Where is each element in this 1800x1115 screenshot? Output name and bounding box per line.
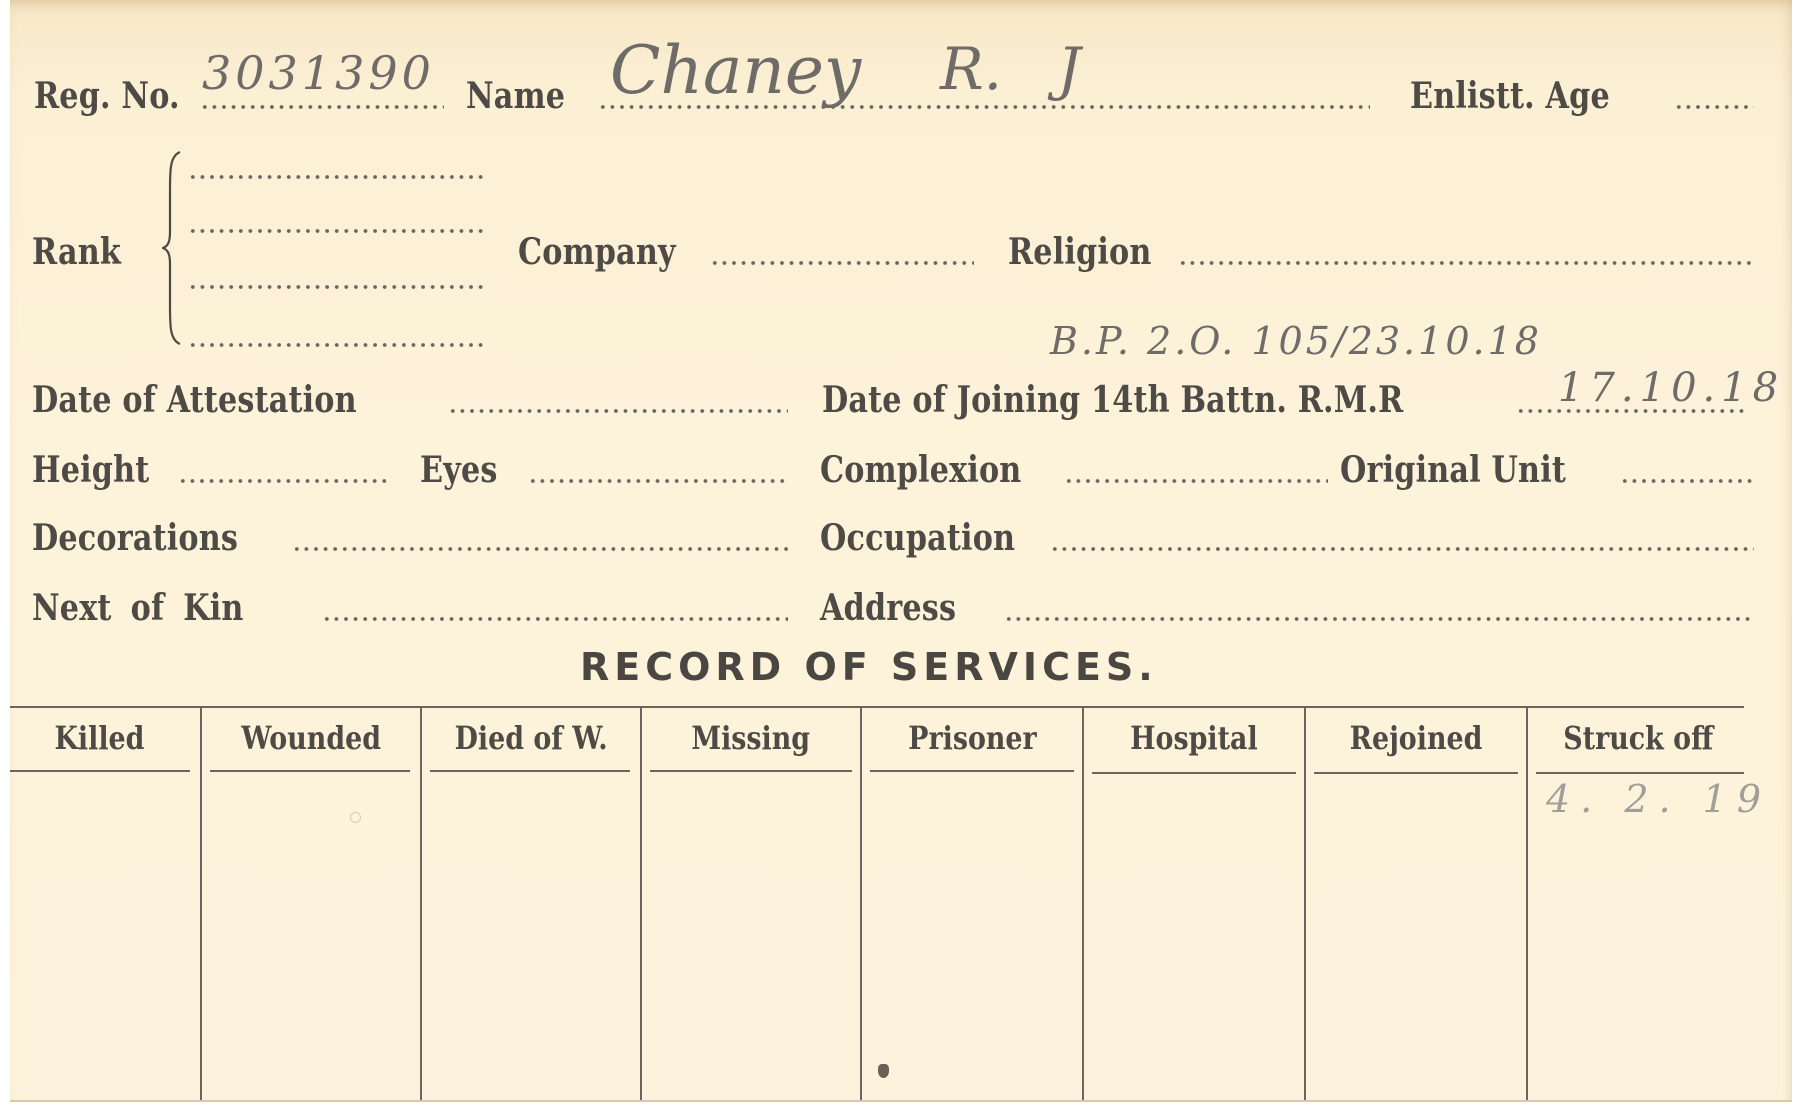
cell-died-of-wounds[interactable] [422,780,640,1100]
complexion-label: Complexion [820,452,1021,488]
header-underline [1314,772,1518,774]
cell-rejoined[interactable] [1306,780,1526,1100]
column-header-hospital: Hospital [1084,718,1304,758]
column-header-killed: Killed [10,718,190,758]
date-of-joining-value[interactable]: 17.10.18 [1558,368,1784,408]
column-header-rejoined: Rejoined [1306,718,1526,758]
cell-hospital[interactable] [1084,780,1304,1100]
rank-brace-icon [162,150,182,346]
reg-no-label: Reg. No. [34,78,180,114]
company-label: Company [518,234,676,270]
company-dotted-line[interactable] [710,260,974,266]
cell-missing[interactable] [642,780,860,1100]
rank-line-1[interactable] [188,174,484,180]
eyes-dotted-line[interactable] [528,478,788,484]
cell-prisoner[interactable] [862,780,1082,1100]
height-label: Height [32,452,149,488]
decorations-label: Decorations [32,520,238,556]
date-of-attestation-label: Date of Attestation [32,382,357,418]
name-surname-value[interactable]: Chaney [610,38,861,104]
religion-label: Religion [1008,234,1151,270]
header-underline [430,770,630,772]
handwritten-annotation: B.P. 2.O. 105/23.10.18 [1050,322,1542,360]
service-record-card: Reg. No. 3031390 Name Chaney R. J Enlist… [10,0,1792,1102]
next-of-kin-dotted-line[interactable] [322,616,788,622]
decorations-dotted-line[interactable] [292,546,788,552]
header-underline [1536,772,1744,774]
header-underline [1092,772,1296,774]
eyes-label: Eyes [420,452,498,488]
enlistment-age-label: Enlistt. Age [1410,78,1610,114]
next-of-kin-label: Next of Kin [32,590,244,626]
original-unit-dotted-line[interactable] [1620,478,1754,484]
column-header-wounded: Wounded [202,718,420,758]
column-header-prisoner: Prisoner [862,718,1082,758]
header-underline [870,770,1074,772]
cell-wounded[interactable] [202,780,420,1100]
ink-spot [878,1064,889,1078]
cell-struck-off[interactable]: 4. 2. 19 [1528,780,1748,1100]
original-unit-label: Original Unit [1340,452,1566,488]
date-of-joining-label: Date of Joining 14th Battn. R.M.R [822,382,1403,418]
complexion-dotted-line[interactable] [1064,478,1328,484]
rank-line-2[interactable] [188,228,484,234]
address-dotted-line[interactable] [1004,616,1754,622]
enlistment-age-dotted-line [1674,104,1754,110]
name-label: Name [466,78,565,114]
occupation-dotted-line[interactable] [1050,546,1754,552]
record-of-services-title: RECORD OF SERVICES. [580,648,1158,686]
header-underline [210,770,410,772]
rank-label: Rank [32,234,121,270]
reg-no-dotted-line [200,104,444,110]
rank-line-3[interactable] [188,284,484,290]
religion-dotted-line[interactable] [1178,260,1754,266]
name-initials-value[interactable]: R. J [940,40,1081,98]
table-top-rule [10,706,1744,708]
header-underline [10,770,190,772]
address-label: Address [820,590,956,626]
column-header-missing: Missing [642,718,860,758]
cell-killed[interactable] [10,780,200,1100]
reg-no-value[interactable]: 3031390 [202,50,435,96]
paper-blemish [350,812,361,823]
struck-off-date-value[interactable]: 4. 2. 19 [1546,780,1771,818]
header-underline [650,770,852,772]
rank-line-4[interactable] [188,342,484,348]
height-dotted-line[interactable] [178,478,392,484]
occupation-label: Occupation [820,520,1015,556]
column-header-struck-off: Struck off [1528,718,1748,758]
date-of-attestation-dotted-line[interactable] [448,408,788,414]
column-header-died-of-wounds: Died of W. [422,718,640,758]
